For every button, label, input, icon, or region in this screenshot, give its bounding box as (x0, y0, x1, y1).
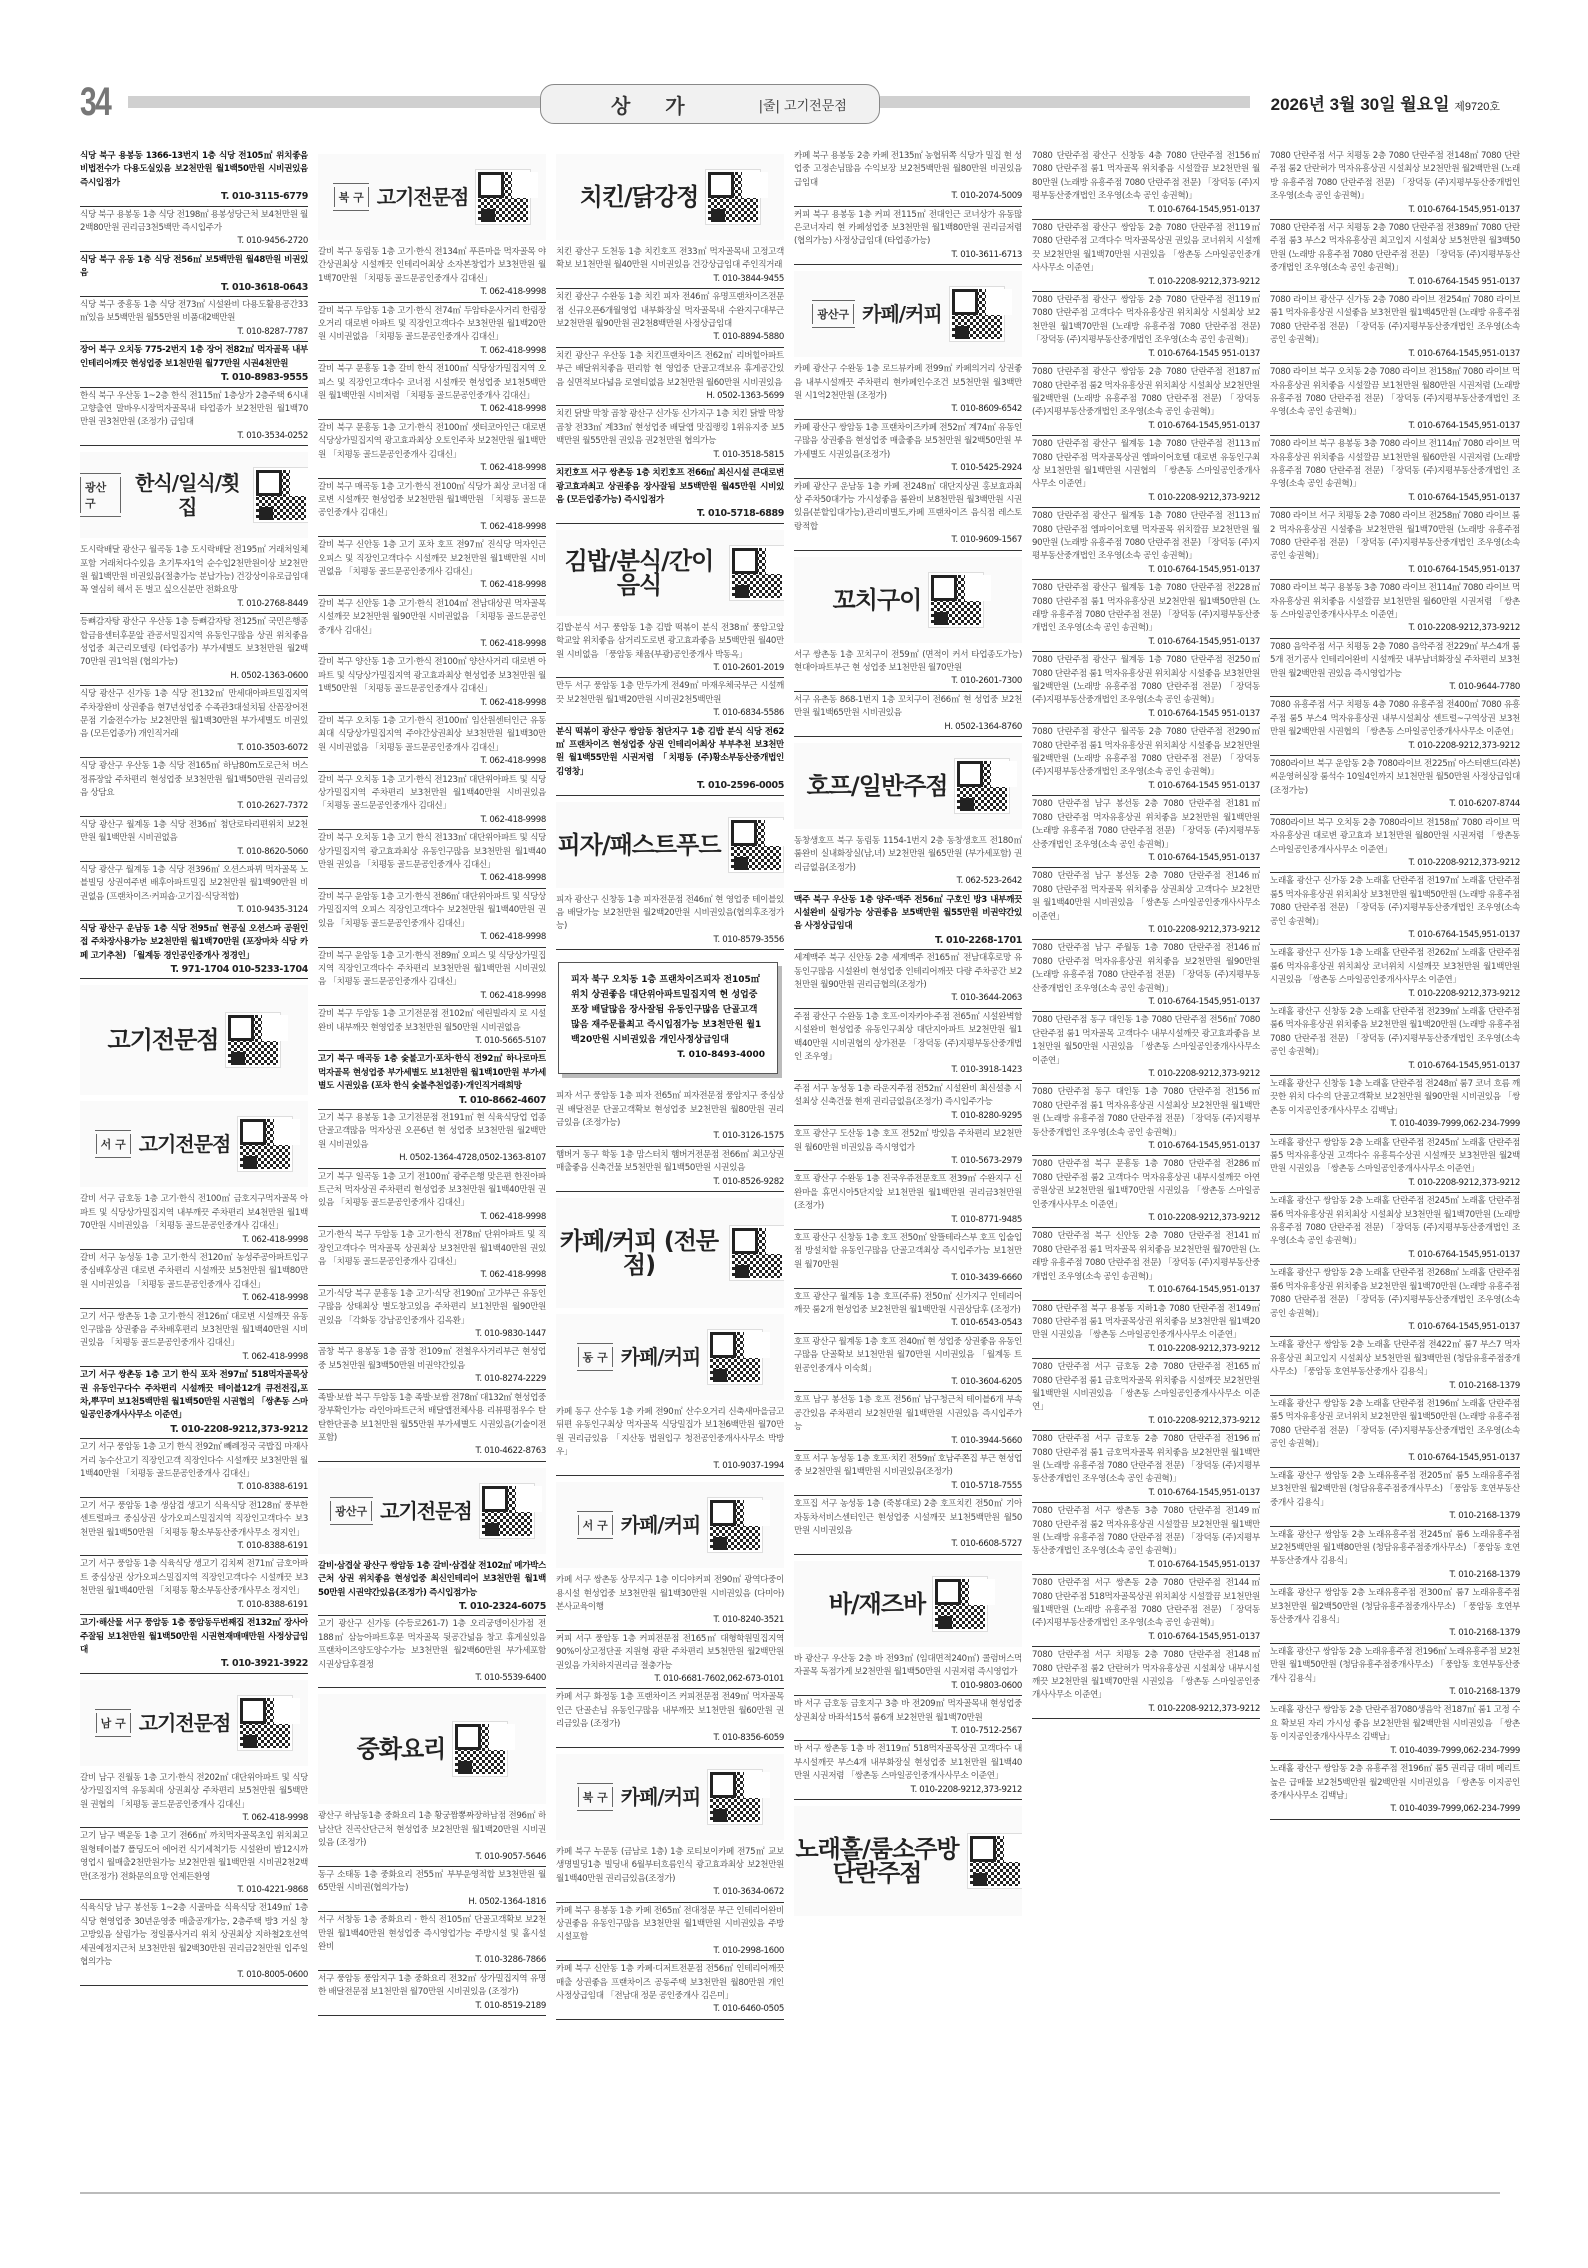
listing-text: 7080 단란주점 서구 치평동 2층 7080 단란주점 전148㎡ 7080… (1270, 151, 1520, 201)
listing-text: 피자 북구 오치동 1층 프랜차이즈피자 전105㎡ 위치 상권좋음 대단위아파… (571, 975, 761, 1045)
listing-item: 고기 서구 쌍촌동 1층 고기 한식 포차 전97㎡ 518먹자골목상권 유동인… (80, 1367, 308, 1439)
listing-text: 노래홀 광산구 쌍암동 2층 노래유흥주점 전205㎡ 룸5 노래유흥주점 보3… (1270, 1471, 1520, 1508)
boxed-listing: 피자 북구 오치동 1층 프랜차이즈피자 전105㎡ 위치 상권좋음 대단위아파… (558, 962, 778, 1074)
qr-code-icon[interactable] (729, 818, 783, 872)
listing-phone[interactable]: T. 010-5425-2924 (794, 462, 1022, 475)
listing-text: 동구 소태동 1층 중화요리 전55㎡ 부부운영적합 보3천만원 월65만원 시… (318, 1870, 546, 1893)
listing-text: 맥주 북구 우산동 1층 양주·맥주 전56㎡ 구호인 방3 내부깨끗 시설완비… (794, 895, 1022, 932)
classified-columns: 식당 북구 용봉동 1366-13번지 1층 식당 전105㎡ 위치좋음 비법전… (80, 148, 1500, 2188)
listing-phone[interactable]: T. 010-3286-7866 (318, 1954, 546, 1967)
listing-phone[interactable]: T. 010-2998-1600 (556, 1945, 784, 1958)
listing-phone[interactable]: T. 010-4039-7999,062-234-7999 (1270, 1803, 1520, 1816)
listing-phone[interactable]: T. 010-6764-1545,951-0137 (1270, 420, 1520, 433)
qr-code-icon[interactable] (238, 1117, 292, 1171)
district-badge: 남 구 (96, 1713, 131, 1733)
listing-phone[interactable]: T. 010-2208-9212,373-9212 (1032, 1343, 1260, 1356)
listing-text: 7080 음악주점 서구 치평동 2층 7080 음악주점 전229㎡ 부스4개… (1270, 642, 1520, 679)
district-badge: 동 구 (578, 1347, 613, 1367)
listing-phone[interactable]: T. 010-2074-5009 (794, 190, 1022, 203)
listing-item: 광산구 하남동1층 중화요리 1층 황궁짬뽕짜장하남점 전96㎡ 하남산단 진곡… (318, 1808, 546, 1867)
listing-phone[interactable]: T. 062-418-9998 (318, 638, 546, 651)
listing-phone[interactable]: T. 010-7512-2567 (794, 1725, 1022, 1738)
listing-phone[interactable]: T. 010-9803-0600 (794, 1680, 1022, 1693)
listing-text: 갈비 북구 매곡동 1층 고기·한식 전100㎡ 식당가 최상 코너점 대로변 … (318, 482, 546, 519)
listing-phone[interactable]: T. 010-5718-7555 (794, 1480, 1022, 1493)
listing-text: 노래홀 광산구 쌍암동 2층 노래유흥주점 전245㎡ 룸6 노래유흥주점 보2… (1270, 1530, 1520, 1567)
listing-phone[interactable]: T. 010-6764-1545,951-0137 (1270, 204, 1520, 217)
listing-text: 피자 광산구 신창동 1층 피자전문점 전46㎡ 현 영업중 테이블있음 배달가… (556, 895, 784, 932)
listing-phone[interactable]: T. 010-6764-1545 951-0137 (1032, 708, 1260, 721)
listing-phone[interactable]: T. 010-2168-1379 (1270, 1686, 1520, 1699)
listing-item: 7080 단란주점 광산구 월계동 1층 7080 단란주점 전113㎡ 708… (1032, 508, 1260, 580)
listing-phone[interactable]: T. 010-6764-1545,951-0137 (1270, 348, 1520, 361)
listing-item: 7080 단란주점 광산구 쌍암동 2층 7080 단란주점 전119㎡ 708… (1032, 220, 1260, 292)
listing-text: 고기 북구 용봉동 1층 고기전문점 전191㎡ 현 식육식당업 업종 단골고객… (318, 1113, 546, 1150)
listing-item: 바 서구 쌍촌동 1층 바 전119㎡ 518먹자골목상권 고객다수 내부시설깨… (794, 1741, 1022, 1800)
listing-phone[interactable]: T. 010-6764-1545,951-0137 (1032, 636, 1260, 649)
listing-phone[interactable]: H. 0502-1364-1816 (318, 1896, 546, 1909)
listing-text: 노래홀 광산구 쌍암동 2층 노래유흥주점 전300㎡ 룸7 노래유흥주점 보3… (1270, 1588, 1520, 1625)
qr-code-icon[interactable] (238, 1696, 292, 1750)
listing-item: 7080 단란주점 서구 금호동 2층 7080 단란주점 전165㎡ 7080… (1032, 1359, 1260, 1431)
category-header: 서 구카페/커피 (556, 1482, 784, 1568)
listing-item: 곱창 북구 용봉동 1층 곱창 전109㎡ 전철우사거리부근 현성업중 보5천만… (318, 1344, 546, 1389)
listing-phone[interactable]: T. 010-2208-9212,373-9212 (1270, 988, 1520, 1001)
listing-text: 식당 광산구 월계동 1층 식당 전396㎡ 오션스파뷔 먹자골목 노블빌딩 상… (80, 865, 308, 902)
category-header: 고기전문점 (80, 985, 308, 1095)
listing-text: 카페 서구 쌍촌동 상무지구 1층 이디야커피 전90㎡ 광역다중이용시설 현성… (556, 1575, 784, 1612)
listing-item: 카페 북구 신안동 1층 카페·디저트전문점 전56㎡ 인테리어깨끗 매출 상권… (556, 1961, 784, 2020)
qr-code-icon[interactable] (708, 1770, 762, 1824)
listing-text: 갈비 북구 신안동 1층 고기·한식 전104㎡ 전남대상권 먹자골목 시설깨끗… (318, 599, 546, 636)
listing-text: 7080 라이브 광산구 신가동 2층 7080 라이브 전254㎡ 7080 … (1270, 295, 1520, 345)
listing-item: 7080 라이브 북구 용봉동 3층 7080 라이브 전114㎡ 7080 라… (1270, 580, 1520, 639)
listing-text: 노래홀 광산구 쌍암동 2층 노래홀 단란주점 전245㎡ 노래홀 단란주점 룸… (1270, 1196, 1520, 1246)
listing-text: 갈비 북구 오치동 1층 고기 한식 전133㎡ 대단위아파트 및 식당상가밀집… (318, 833, 546, 870)
listing-text: 식당 광산구 신가동 1층 식당 전132㎡ 만세대아파트밀집지역 주차장완비 … (80, 689, 308, 739)
listing-phone[interactable]: T. 010-6764-1545 951-0137 (1032, 780, 1260, 793)
listing-phone[interactable]: H. 0502-1363-5699 (556, 390, 784, 403)
listing-phone[interactable]: T. 062-418-9998 (318, 931, 546, 944)
listing-item: 갈비 북구 두암동 1층 고기·한식 전74㎡ 두암타운사거리 한림장오거리 대… (318, 303, 546, 362)
listing-item: 고기·식당 북구 문흥동 1층 고기·식당 전190㎡ 고가부근 유동인구많음 … (318, 1286, 546, 1345)
listing-phone[interactable]: T. 010-8274-2229 (318, 1373, 546, 1386)
listing-item: 한식 북구 우산동 1~2층 한식 전115㎡ 1층상가 2층주택 6시내고향출… (80, 388, 308, 447)
listing-item: 호프 남구 봉선동 1층 호프 전56㎡ 남구청근처 테이블6개 부속공간있음 … (794, 1392, 1022, 1451)
listing-phone[interactable]: T. 010-2208-9212,373-9212 (794, 1784, 1022, 1797)
listing-text: 7080 단란주점 광산구 월계동 1층 7080 단란주점 전250㎡ 708… (1032, 655, 1260, 705)
listing-phone[interactable]: T. 010-6764-1545,951-0137 (1032, 420, 1260, 433)
district-badge: 광산구 (812, 304, 854, 324)
listing-item: 서구 서창동 1층 중화요리 · 한식 전105㎡ 단골고객확보 보2천만원 월… (318, 1912, 546, 1971)
listing-item: 장어 북구 오치동 775-2번지 1층 장어 전82㎡ 먹자골목 내부인테리어… (80, 342, 308, 387)
category-header: 북 구고기전문점 (318, 154, 546, 240)
listing-text: 카페 광산구 쌍암동 1층 프랜차이즈카페 전52㎡ 계74㎡ 유동인구많음 상… (794, 423, 1022, 460)
category-title: 피자/패스트푸드 (557, 833, 720, 857)
listing-phone[interactable]: T. 062-418-9998 (318, 462, 546, 475)
listing-phone[interactable]: T. 971-1704 010-5233-1704 (80, 963, 308, 976)
listing-phone[interactable]: T. 010-2168-1379 (1270, 1380, 1520, 1393)
listing-phone[interactable]: T. 010-6764-1545,951-0137 (1032, 1487, 1260, 1500)
listing-phone[interactable]: T. 010-4039-7999,062-234-7999 (1270, 1118, 1520, 1131)
listing-phone[interactable]: T. 010-2208-9212,373-9212 (1032, 1415, 1260, 1428)
listing-phone[interactable]: T. 010-5718-6889 (556, 507, 784, 520)
listing-item: 피자 광산구 신창동 1층 피자전문점 전46㎡ 현 영업중 테이블있음 배달가… (556, 892, 784, 951)
listing-text: 커피 서구 풍암동 1층 커피전문점 전165㎡ 대형학원밀집지역 90%이상고… (556, 1634, 784, 1671)
listing-text: 갈비 북구 오치동 1층 고기·한식 전123㎡ 대단위아파트 및 식당상가밀집… (318, 775, 546, 812)
listing-phone[interactable]: T. 062-418-9998 (318, 990, 546, 1003)
category-header: 북 구카페/커피 (556, 1754, 784, 1840)
listing-phone[interactable]: T. 010-3126-1575 (556, 1130, 784, 1143)
category-title: 카페/커피 (621, 1785, 701, 1809)
listing-item: 치킨 광산구 수완동 1층 치킨 피자 전46㎡ 유명프랜차이즈전문점 신규오픈… (556, 289, 784, 348)
listing-phone[interactable]: T. 010-6764-1545,951-0137 (1270, 1060, 1520, 1073)
page-number: 34 (80, 82, 110, 122)
column-1: 식당 북구 용봉동 1366-13번지 1층 식당 전105㎡ 위치좋음 비법전… (80, 148, 308, 2188)
listing-phone[interactable]: T. 010-6764-1545,951-0137 (1270, 1321, 1520, 1334)
listing-phone[interactable]: T. 062-523-2642 (794, 875, 1022, 888)
listing-phone[interactable]: T. 062-418-9998 (318, 1269, 546, 1282)
listing-phone[interactable]: H. 0502-1364-4728,0502-1363-8107 (318, 1152, 546, 1165)
listing-text: 갈비 북구 두암동 1층 고기전문점 전102㎡ 에린빌라지 로 시설완비 내부… (318, 1009, 546, 1032)
listing-text: 7080 단란주점 동구 대인동 1층 7080 단란주점 전56㎡ 7080 … (1032, 1015, 1260, 1065)
listing-phone[interactable]: T. 010-8609-6542 (794, 403, 1022, 416)
listing-phone[interactable]: T. 062-418-9998 (318, 755, 546, 768)
listing-phone[interactable]: T. 010-5539-6400 (318, 1672, 546, 1685)
listing-phone[interactable]: T. 010-2768-8449 (80, 598, 308, 611)
listing-phone[interactable]: T. 010-2208-9212,373-9212 (1032, 276, 1260, 289)
category-title: 치킨/닭강정 (580, 185, 699, 209)
listing-phone[interactable]: T. 010-2208-9212,373-9212 (1270, 622, 1520, 635)
listing-text: 치킨 광산구 도천동 1층 치킨호프 전33㎡ 먹자골목내 고정고객확보 보1천… (556, 247, 784, 270)
listing-phone[interactable]: T. 010-3115-6779 (80, 190, 308, 203)
listing-phone[interactable]: T. 010-3503-6072 (80, 742, 308, 755)
listing-text: 7080 단란주점 동구 대인동 1층 7080 단란주점 전156㎡ 7080… (1032, 1087, 1260, 1137)
listing-text: 장어 북구 오치동 775-2번지 1층 장어 전82㎡ 먹자골목 내부인테리어… (80, 345, 308, 368)
listing-item: 노래홀 광산구 쌍암동 2층 노래홀 단란주점 전268㎡ 노래홀 단란주점 룸… (1270, 1265, 1520, 1337)
listing-phone[interactable]: T. 010-8280-9295 (794, 1110, 1022, 1123)
category-header: 노래홀/룸소주방 단란주점 (794, 1806, 1022, 1916)
listing-phone[interactable]: T. 010-2596-0005 (556, 779, 784, 792)
listing-phone[interactable]: T. 010-6834-5586 (556, 707, 784, 720)
listing-phone[interactable]: T. 010-3518-5815 (556, 449, 784, 462)
listing-item: 서구 유촌동 868-1번지 1층 꼬치구이 전66㎡ 현 성업중 보2천만원 … (794, 692, 1022, 737)
listing-item: 주점 광산구 수완동 1층 호프·이자카야·주점 전65㎡ 시설완벽함 시설완비… (794, 1009, 1022, 1081)
category-title: 카페/커피 (862, 302, 942, 326)
listing-phone[interactable]: T. 010-2168-1379 (1270, 1627, 1520, 1640)
listing-text: 7080 단란주점 광산구 월계동 1층 7080 단란주점 전228㎡ 708… (1032, 583, 1260, 633)
listing-text: 7080 유흥주점 서구 치평동 4층 7080 유흥주점 전400㎡ 7080… (1270, 700, 1520, 737)
listing-phone[interactable]: T. 062-418-9998 (318, 345, 546, 358)
listing-phone[interactable]: T. 010-6764-1545,951-0137 (1032, 996, 1260, 1009)
qr-code-icon[interactable] (708, 1330, 762, 1384)
listing-phone[interactable]: T. 010-9644-7780 (1270, 681, 1520, 694)
listing-phone[interactable]: T. 010-6764-1545,951-0137 (1032, 852, 1260, 865)
category-title: 꼬치구이 (833, 588, 922, 612)
listing-item: 7080 단란주점 북구 용봉동 지하1층 7080 단란주점 전149㎡ 70… (1032, 1301, 1260, 1360)
listing-phone[interactable]: T. 010-3439-6660 (794, 1272, 1022, 1285)
listing-phone[interactable]: T. 062-418-9998 (318, 814, 546, 827)
listing-text: 호프 광산구 신창동 1층 호프 전50㎡ 알뜰테라스부 호프 입술입점 방설치… (794, 1233, 1022, 1270)
qr-code-icon[interactable] (968, 1834, 1022, 1888)
listing-item: 식당 북구 용봉동 1층 식당 전198㎡ 용봉성당근처 보4천만원 월2백80… (80, 207, 308, 252)
listing-item: 7080 단란주점 광산구 월계동 1층 7080 단란주점 전250㎡ 708… (1032, 652, 1260, 724)
listing-phone[interactable]: T. 010-8526-9282 (556, 1176, 784, 1189)
listing-phone[interactable]: T. 010-6764-1545,951-0137 (1270, 929, 1520, 942)
listing-phone[interactable]: T. 062-418-9998 (318, 697, 546, 710)
listing-text: 고기 서구 쌍촌동 1층 고기·한식 전126㎡ 대로변 시설깨끗 유동인구많음… (80, 1312, 308, 1349)
category-title: 고기전문점 (377, 185, 469, 209)
listing-phone[interactable]: T. 010-2208-9212,373-9212 (80, 1423, 308, 1436)
listing-phone[interactable]: T. 010-9609-1567 (794, 534, 1022, 547)
listing-phone[interactable]: T. 010-8493-4000 (571, 1048, 765, 1063)
listing-phone[interactable]: T. 010-6764-1545,951-0137 (1032, 204, 1260, 217)
listing-phone[interactable]: T. 062-418-9998 (318, 579, 546, 592)
listing-phone[interactable]: T. 010-6764-1545,951-0137 (1270, 564, 1520, 577)
listing-phone[interactable]: T. 010-2324-6075 (318, 1600, 546, 1613)
listing-item: 세계맥주 북구 신안동 2층 세계맥주 전165㎡ 전남대후로망 유동인구많음 … (794, 950, 1022, 1009)
listing-text: 7080 단란주점 광산구 신창동 4층 7080 단란주점 전156㎡ 708… (1032, 151, 1260, 201)
listing-phone[interactable]: T. 010-6764-1545,951-0137 (1270, 492, 1520, 505)
qr-code-icon[interactable] (706, 170, 760, 224)
listing-phone[interactable]: T. 010-9456-2720 (80, 235, 308, 248)
listing-text: 주점 광산구 수완동 1층 호프·이자카야·주점 전65㎡ 시설완벽함 시설완비… (794, 1012, 1022, 1062)
listing-item: 카페 서구 쌍촌동 상무지구 1층 이디야커피 전90㎡ 광역다중이용시설 현성… (556, 1572, 784, 1631)
listing-phone[interactable]: T. 010-4039-7999,062-234-7999 (1270, 1745, 1520, 1758)
listing-item: 햄버거 동구 학동 1층 맘스터치 햄버거전문점 전66㎡ 최고상권 매출좋음 … (556, 1147, 784, 1192)
listing-phone[interactable]: T. 010-6207-8744 (1270, 798, 1520, 811)
listing-phone[interactable]: T. 010-6608-5727 (794, 1538, 1022, 1551)
listing-text: 노래홀 광산구 쌍암동 2층 노래유흥주점 전196㎡ 노래유흥주점 보2천만원… (1270, 1647, 1520, 1684)
qr-code-icon[interactable] (708, 1498, 762, 1552)
listing-text: 치킨 닭발 막창 곱창 광산구 신가동 신가지구 1층 치킨 닭발 막창 곱창 … (556, 409, 784, 446)
listing-phone[interactable]: T. 010-8388-6191 (80, 1540, 308, 1553)
qr-code-icon[interactable] (730, 1226, 784, 1280)
listing-phone[interactable]: T. 010-4221-9868 (80, 1884, 308, 1897)
listing-phone[interactable]: T. 010-6764-1545 951-0137 (1270, 276, 1520, 289)
listing-phone[interactable]: T. 010-3921-3922 (80, 1657, 308, 1670)
listing-phone[interactable]: T. 010-9435-3124 (80, 904, 308, 917)
listing-phone[interactable]: T. 062-418-9998 (318, 872, 546, 885)
listing-phone[interactable]: H. 0502-1364-8760 (794, 721, 1022, 734)
listing-phone[interactable]: T. 010-6460-0505 (556, 2003, 784, 2016)
listing-phone[interactable]: T. 010-3844-9455 (556, 273, 784, 286)
listing-phone[interactable]: T. 010-6764-1545,951-0137 (1270, 1249, 1520, 1262)
listing-item: 카페 북구 용봉동 2층 카페 전135㎡ 농협뒤쪽 식당가 밀집 현 성업중 … (794, 148, 1022, 207)
listing-text: 고기·한식 북구 두암동 1층 고기·한식 전78㎡ 단위아파트 및 직장인고객… (318, 1230, 546, 1267)
listing-item: 바 서구 금호동 금호지구 3층 바 전209㎡ 먹자골목내 현성업중 상권최상… (794, 1696, 1022, 1741)
listing-item: 갈비 남구 진월동 1층 고기·한식 전202㎡ 대단위아파트 및 식당상가밀집… (80, 1770, 308, 1829)
listing-phone[interactable]: T. 010-3644-2063 (794, 992, 1022, 1005)
listing-phone[interactable]: T. 010-2208-9212,373-9212 (1032, 1068, 1260, 1081)
listing-text: 7080 단란주점 서구 치평동 2층 7080 단란주점 전148㎡ 7080… (1032, 1650, 1260, 1700)
category-title: 고기전문점 (139, 1711, 231, 1735)
listing-item: 식당 광산구 신가동 1층 식당 전132㎡ 만세대아파트밀집지역 주차장완비 … (80, 686, 308, 758)
listing-phone[interactable]: T. 010-6764-1545 951-0137 (1032, 348, 1260, 361)
listing-phone[interactable]: T. 010-3944-5660 (794, 1435, 1022, 1448)
category-header: 호프/일반주점 (794, 743, 1022, 829)
listing-text: 카페 광산구 수완동 1층 로드뷰카페 전99㎡ 카페의거리 상권좋음 내부시설… (794, 364, 1022, 401)
listing-phone[interactable]: T. 010-8662-4607 (318, 1094, 546, 1107)
qr-code-icon[interactable] (933, 1577, 987, 1631)
listing-phone[interactable]: T. 010-2208-9212,373-9212 (1032, 1212, 1260, 1225)
listing-phone[interactable]: T. 010-8983-9555 (80, 371, 308, 384)
listing-phone[interactable]: T. 010-8579-3556 (556, 934, 784, 947)
listing-text: 족발·보쌈 북구 두암동 1층 족발·보쌈 전78㎡ 대132㎡ 현성업중 장부… (318, 1393, 546, 1443)
listing-phone[interactable]: T. 010-5665-5107 (318, 1035, 546, 1048)
listing-item: 고기 남구 백운동 1층 고기 전66㎡ 까치먹자골목초입 위치최고 원형테이블… (80, 1828, 308, 1900)
listing-text: 갈비 북구 양산동 1층 고기·한식 전100㎡ 양산사거리 대로변 아파트 및… (318, 657, 546, 694)
listing-phone[interactable]: T. 010-3604-6205 (794, 1376, 1022, 1389)
listing-item: 갈비 북구 양산동 1층 고기·한식 전100㎡ 양산사거리 대로변 아파트 및… (318, 654, 546, 713)
qr-code-icon[interactable] (453, 1722, 507, 1776)
listing-phone[interactable]: T. 062-418-9998 (80, 1234, 308, 1247)
qr-code-icon[interactable] (254, 468, 308, 522)
listing-text: 식당 북구 용봉동 1층 식당 전198㎡ 용봉성당근처 보4천만원 월2백80… (80, 210, 308, 233)
listing-phone[interactable]: T. 010-8388-6191 (80, 1599, 308, 1612)
listing-phone[interactable]: T. 062-418-9998 (318, 1211, 546, 1224)
listing-phone[interactable]: T. 010-4622-8763 (318, 1445, 546, 1458)
listing-phone[interactable]: T. 010-5673-2979 (794, 1155, 1022, 1168)
listing-phone[interactable]: T. 010-2208-9212,373-9212 (1270, 740, 1520, 753)
listing-item: 치킨 닭발 막창 곱창 광산구 신가동 신가지구 1층 치킨 닭발 막창 곱창 … (556, 406, 784, 465)
listing-phone[interactable]: T. 010-6764-1545,951-0137 (1032, 1140, 1260, 1153)
listing-phone[interactable]: T. 062-418-9998 (80, 1292, 308, 1305)
column-6: 7080 단란주점 서구 치평동 2층 7080 단란주점 전148㎡ 7080… (1270, 148, 1520, 2188)
listing-item: 식당 북구 용봉동 1366-13번지 1층 식당 전105㎡ 위치좋음 비법전… (80, 148, 308, 207)
listing-phone[interactable]: T. 010-2268-1701 (794, 934, 1022, 947)
listing-text: 7080 단란주점 서구 금호동 2층 7080 단란주점 전196㎡ 7080… (1032, 1434, 1260, 1484)
listing-phone[interactable]: T. 010-6764-1545,951-0137 (1032, 1284, 1260, 1297)
listing-phone[interactable]: T. 010-8771-9485 (794, 1214, 1022, 1227)
listing-item: 7080 단란주점 남구 봉선동 2층 7080 단란주점 전146㎡ 7080… (1032, 868, 1260, 940)
qr-code-icon[interactable] (480, 1484, 534, 1538)
listing-item: 7080 단란주점 북구 신안동 2층 7080 단란주점 전141㎡ 7080… (1032, 1228, 1260, 1300)
listing-phone[interactable]: T. 010-2601-7300 (794, 675, 1022, 688)
listing-phone[interactable]: T. 010-8519-2189 (318, 2000, 546, 2013)
listing-phone[interactable]: T. 010-3534-0252 (80, 430, 308, 443)
listing-item: 피자 서구 풍암동 1층 피자 전65㎡ 피자전문점 풍암지구 중심상권 배달전… (556, 1088, 784, 1147)
listing-text: 7080 단란주점 광산구 쌍암동 2층 7080 단란주점 전119㎡ 708… (1032, 295, 1260, 345)
category-title: 고기전문점 (139, 1132, 231, 1156)
listing-phone[interactable]: T. 010-8240-3521 (556, 1614, 784, 1627)
listing-item: 갈비 북구 신안동 1층 고기 포차 호프 전97㎡ 진식당 먹자인근 오피스 … (318, 537, 546, 596)
listing-phone[interactable]: T. 010-6543-0543 (794, 1317, 1022, 1330)
listing-phone[interactable]: T. 010-8620-5060 (80, 846, 308, 859)
listing-phone[interactable]: T. 010-8356-6059 (556, 1732, 784, 1745)
qr-code-icon[interactable] (929, 573, 983, 627)
listing-phone[interactable]: T. 010-9830-1447 (318, 1328, 546, 1341)
listing-item: 고기·한식 북구 두암동 1층 고기·한식 전78㎡ 단위아파트 및 직장인고객… (318, 1227, 546, 1286)
listing-phone[interactable]: T. 062-418-9998 (318, 286, 546, 299)
listing-item: 7080 유흥주점 서구 치평동 4층 7080 유흥주점 전400㎡ 7080… (1270, 697, 1520, 756)
listing-text: 바 광산구 우산동 2층 바 전93㎡ (임대면적240㎡) 콜럼버스먹자골목 … (794, 1654, 1022, 1677)
listing-phone[interactable]: T. 062-418-9998 (318, 403, 546, 416)
listing-phone[interactable]: H. 0502-1363-0600 (80, 670, 308, 683)
listing-item: 7080라이브 북구 오치동 2층 7080라이브 전158㎡ 7080 라이브… (1270, 815, 1520, 874)
listing-text: 7080 단란주점 남구 주월동 1층 7080 단란주점 전146㎡ 7080… (1032, 943, 1260, 993)
listing-phone[interactable]: T. 010-2208-9212,373-9212 (1032, 924, 1260, 937)
listing-phone[interactable]: T. 010-8005-0600 (80, 1969, 308, 1982)
listing-phone[interactable]: T. 010-8388-6191 (80, 1481, 308, 1494)
category-header: 김밥/분식/간이음식 (556, 530, 784, 616)
listing-phone[interactable]: T. 010-8287-7787 (80, 326, 308, 339)
listing-phone[interactable]: T. 010-6764-1545,951-0137 (1032, 1631, 1260, 1644)
listing-phone[interactable]: T. 010-8894-5880 (556, 331, 784, 344)
listing-phone[interactable]: T. 010-6764-1545,951-0137 (1032, 1559, 1260, 1572)
listing-phone[interactable]: T. 062-418-9998 (80, 1812, 308, 1825)
listing-text: 7080 단란주점 서구 치평동 2층 7080 단란주점 전389㎡ 7080… (1270, 223, 1520, 273)
listing-phone[interactable]: T. 010-9037-1994 (556, 1460, 784, 1473)
listing-phone[interactable]: T. 010-2208-9212,373-9212 (1270, 1177, 1520, 1190)
listing-text: 치킨 광산구 우산동 1층 치킨프랜차이즈 전62㎡ 리버힐아파트부근 배달위치… (556, 351, 784, 388)
listing-phone[interactable]: T. 010-2601-2019 (556, 662, 784, 675)
listing-item: 7080 라이브 광산구 신가동 2층 7080 라이브 전254㎡ 7080 … (1270, 292, 1520, 364)
listing-phone[interactable]: T. 010-2208-9212,373-9212 (1270, 857, 1520, 870)
listing-phone[interactable]: T. 010-6764-1545,951-0137 (1032, 564, 1260, 577)
listing-item: 노래홀 광산구 쌍암동 2층 노래홀 단란주점 전245㎡ 노래홀 단란주점 룸… (1270, 1135, 1520, 1194)
listing-text: 카페 서구 화정동 1층 프랜차이즈 커피전문점 전49㎡ 먹자골목인근 단골손… (556, 1692, 784, 1729)
listing-item: 동구 소태동 1층 중화요리 전55㎡ 부부운영적합 보3천만원 월65만원 시… (318, 1867, 546, 1912)
listing-text: 식당 광산구 운남동 1층 식당 전95㎡ 현공실 오션스파 공원인접 주차장사… (80, 924, 308, 961)
listing-phone[interactable]: T. 010-2208-9212,373-9212 (1032, 1703, 1260, 1716)
listing-item: 7080 단란주점 광산구 신창동 4층 7080 단란주점 전156㎡ 708… (1032, 148, 1260, 220)
listing-phone[interactable]: T. 010-3618-0643 (80, 281, 308, 294)
qr-code-icon[interactable] (730, 546, 784, 600)
listing-phone[interactable]: T. 010-2168-1379 (1270, 1510, 1520, 1523)
listing-item: 7080 단란주점 광산구 월계동 1층 7080 단란주점 전113㎡ 708… (1032, 436, 1260, 508)
listing-item: 7080 단란주점 광산구 쌍암동 2층 7080 단란주점 전119㎡ 708… (1032, 292, 1260, 364)
listing-phone[interactable]: T. 010-2168-1379 (1270, 1569, 1520, 1582)
listing-item: 7080 단란주점 서구 금호동 2층 7080 단란주점 전196㎡ 7080… (1032, 1431, 1260, 1503)
listing-text: 갈비 북구 문흥동 1층 갈비 한식 전100㎡ 식당상가밀집지역 오피스 및 … (318, 364, 546, 401)
listing-item: 고기 광산구 신가동 (수등로261-7) 1층 오리궁뎅이신가점 전188㎡ … (318, 1616, 546, 1688)
listing-item: 호프 광산구 월계동 1층 호프(주류) 전50㎡ 신가지구 인테리어깨끗 룸2… (794, 1289, 1022, 1334)
listing-text: 7080 단란주점 서구 쌍촌동 2층 7080 단란주점 전144㎡ 7080… (1032, 1578, 1260, 1628)
listing-phone[interactable]: T. 010-2627-7372 (80, 800, 308, 813)
listing-text: 7080 단란주점 광산구 월계동 1층 7080 단란주점 전113㎡ 708… (1032, 511, 1260, 561)
listing-item: 7080 단란주점 서구 쌍촌동 3층 7080 단란주점 전149㎡ 7080… (1032, 1503, 1260, 1575)
listing-phone[interactable]: T. 010-3918-1423 (794, 1064, 1022, 1077)
listing-phone[interactable]: T. 010-6681-7602,062-673-0101 (556, 1673, 784, 1686)
qr-code-icon[interactable] (950, 287, 1004, 341)
listing-phone[interactable]: T. 010-3611-6713 (794, 249, 1022, 262)
qr-code-icon[interactable] (955, 759, 1009, 813)
listing-item: 갈비 북구 오치동 1층 고기·한식 전123㎡ 대단위아파트 및 식당상가밀집… (318, 772, 546, 831)
listing-phone[interactable]: T. 062-418-9998 (318, 521, 546, 534)
listing-item: 노래홀 광산구 쌍암동 2층 노래유흥주점 전245㎡ 룸6 노래유흥주점 보2… (1270, 1527, 1520, 1586)
listing-phone[interactable]: T. 062-418-9998 (80, 1351, 308, 1364)
listing-phone[interactable]: T. 010-6764-1545,951-0137 (1270, 1452, 1520, 1465)
listing-item: 7080 단란주점 남구 주월동 1층 7080 단란주점 전146㎡ 7080… (1032, 940, 1260, 1012)
listing-item: 식육식당 남구 봉선동 1~2층 시골마을 식육식당 전149㎡ 1층식당 현영… (80, 1900, 308, 1985)
listing-item: 7080 단란주점 동구 대인동 1층 7080 단란주점 전56㎡ 7080 … (1032, 1012, 1260, 1084)
qr-code-icon[interactable] (226, 1013, 280, 1067)
listing-item: 식당 북구 중흥동 1층 식당 전73㎡ 시설완비 다용도활용공간33㎡있음 보… (80, 297, 308, 342)
listing-text: 세계맥주 북구 신안동 2층 세계맥주 전165㎡ 전남대후로망 유동인구많음 … (794, 953, 1022, 990)
listing-phone[interactable]: T. 010-9057-5646 (318, 1851, 546, 1864)
listing-text: 서구 서창동 1층 중화요리 · 한식 전105㎡ 단골고객확보 보2천만원 월… (318, 1915, 546, 1952)
listing-item: 바 광산구 우산동 2층 바 전93㎡ (임대면적240㎡) 콜럼버스먹자골목 … (794, 1651, 1022, 1696)
listing-item: 치킨 광산구 도천동 1층 치킨호프 전33㎡ 먹자골목내 고정고객확보 보1천… (556, 244, 784, 289)
listing-item: 7080 라이브 북구 용봉동 3층 7080 라이브 전114㎡ 7080 라… (1270, 436, 1520, 508)
listing-item: 김밥·분식 서구 풍암동 1층 김밥 떡볶이 분식 전38㎡ 풍암고앞 학교앞 … (556, 620, 784, 679)
qr-code-icon[interactable] (476, 170, 530, 224)
listing-phone[interactable]: T. 010-3634-0672 (556, 1886, 784, 1899)
listing-item: 호프 광산구 월계동 1층 호프 전40㎡ 현 성업중 상권좋음 유동인구많음 … (794, 1334, 1022, 1393)
listing-phone[interactable]: T. 010-2208-9212,373-9212 (1032, 492, 1260, 505)
listing-text: 피자 서구 풍암동 1층 피자 전65㎡ 피자전문점 풍암지구 중심상권 배달전… (556, 1091, 784, 1128)
